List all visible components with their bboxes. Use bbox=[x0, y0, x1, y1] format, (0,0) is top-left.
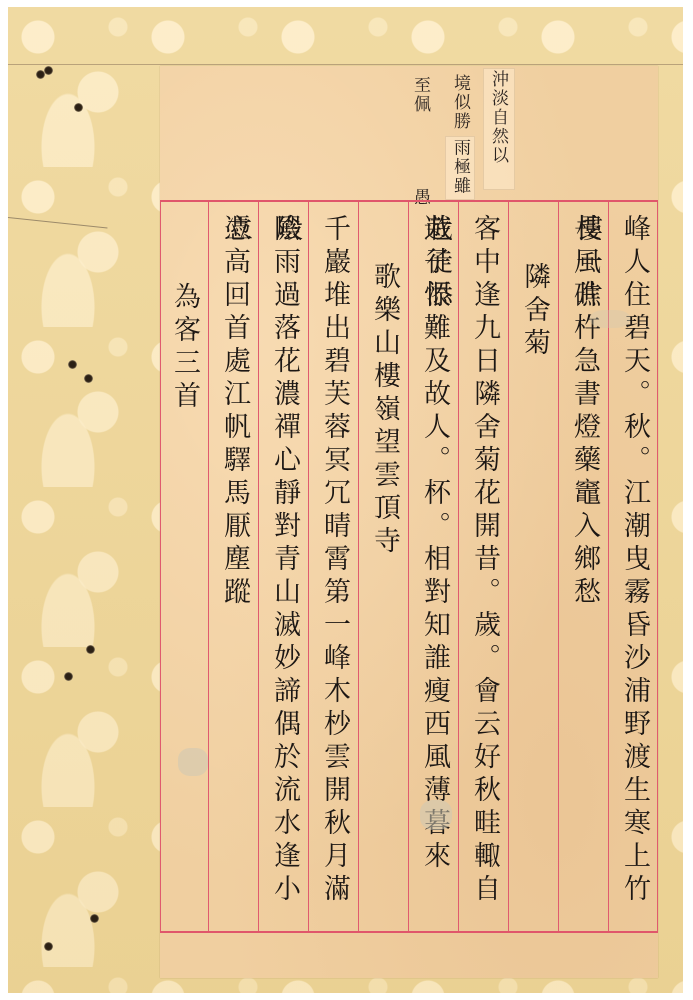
grid-border-right bbox=[657, 202, 658, 931]
text-column-8: 陰雨過落花濃禪心靜對青山滅妙諦偶於流水逢小立 bbox=[258, 202, 308, 931]
mount-fold-line bbox=[8, 64, 683, 65]
poem-title: 隣舍菊 bbox=[509, 202, 558, 361]
text-column-10: 為客三首 bbox=[160, 202, 208, 931]
headnote-line-1: 沖淡自然以 bbox=[487, 70, 509, 165]
paper-stain bbox=[590, 310, 630, 328]
poem-line: 長風礁杵急書燈藥竈入鄉愁 bbox=[559, 202, 608, 610]
headnote-annotation: 沖淡自然以 境似勝 雨極雖 至佩 愚 bbox=[395, 66, 520, 201]
text-column-4: 客中逢九日隣舍菊花開昔。歲。會云好秋畦輙自栽徒添 bbox=[458, 202, 508, 931]
binding-hole bbox=[44, 942, 53, 951]
binding-hole bbox=[68, 360, 77, 369]
ruled-text-grid: 峰人住碧天。秋。江潮曳霧昏沙浦野渡生寒上竹樓一片 長風礁杵急書燈藥竈入鄉愁 隣舍… bbox=[160, 200, 658, 933]
poem-line: 千巖堆出碧芙蓉冥冗晴霄第一峰木杪雲開秋月滿殿 bbox=[309, 202, 358, 931]
section-title: 為客三首 bbox=[161, 202, 208, 414]
binding-hole bbox=[90, 914, 99, 923]
poem-line: 憑高回首處江帆驛馬厭塵蹤 bbox=[209, 202, 258, 610]
headnote-line-2: 境似勝 雨極雖 bbox=[449, 74, 471, 195]
text-column-6: 歌樂山樓嶺望雲頂寺 bbox=[358, 202, 408, 931]
poem-line: 遊子恨難及故人。杯。相對知誰瘦西風薄暮來 bbox=[409, 202, 458, 874]
poem-title: 歌樂山樓嶺望雲頂寺 bbox=[359, 202, 408, 559]
binding-hole bbox=[84, 374, 93, 383]
paper-stain bbox=[178, 748, 208, 776]
text-column-9: 憑高回首處江帆驛馬厭塵蹤 bbox=[208, 202, 258, 931]
paper-stain bbox=[420, 800, 452, 830]
binding-hole bbox=[64, 672, 73, 681]
text-column-3: 隣舍菊 bbox=[508, 202, 558, 931]
text-column-7: 千巖堆出碧芙蓉冥冗晴霄第一峰木杪雲開秋月滿殿 bbox=[308, 202, 358, 931]
binding-hole bbox=[86, 645, 95, 654]
binding-hole bbox=[74, 103, 83, 112]
headnote-line-3: 至佩 愚 bbox=[409, 76, 431, 207]
poem-line: 陰雨過落花濃禪心靜對青山滅妙諦偶於流水逢小立 bbox=[259, 202, 308, 931]
binding-hole bbox=[44, 66, 53, 75]
poem-line: 客中逢九日隣舍菊花開昔。歲。會云好秋畦輙自栽徒添 bbox=[459, 202, 508, 931]
